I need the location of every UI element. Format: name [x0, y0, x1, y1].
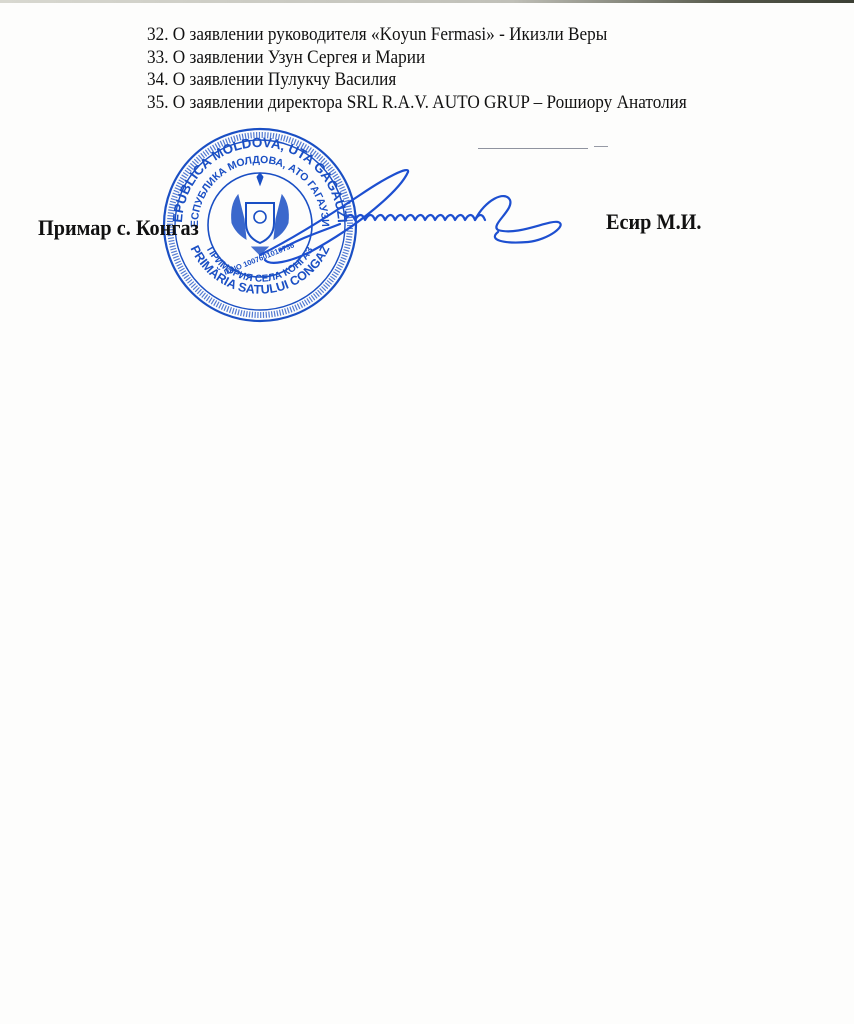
signature-line-end: [594, 146, 608, 147]
signatory-title: Примар с. Конгаз: [38, 215, 199, 241]
handwritten-signature-icon: [250, 160, 600, 270]
agenda-list: 32. О заявлении руководителя «Koyun Ferm…: [147, 24, 687, 114]
signatory-name: Есир М.И.: [606, 209, 701, 235]
signature-line: [478, 148, 588, 149]
agenda-item: 33. О заявлении Узун Сергея и Марии: [147, 47, 687, 70]
agenda-item: 32. О заявлении руководителя «Koyun Ferm…: [147, 24, 687, 47]
scan-top-edge: [0, 0, 854, 3]
agenda-item: 34. О заявлении Пулукчу Василия: [147, 69, 687, 92]
agenda-item: 35. О заявлении директора SRL R.A.V. AUT…: [147, 92, 687, 115]
